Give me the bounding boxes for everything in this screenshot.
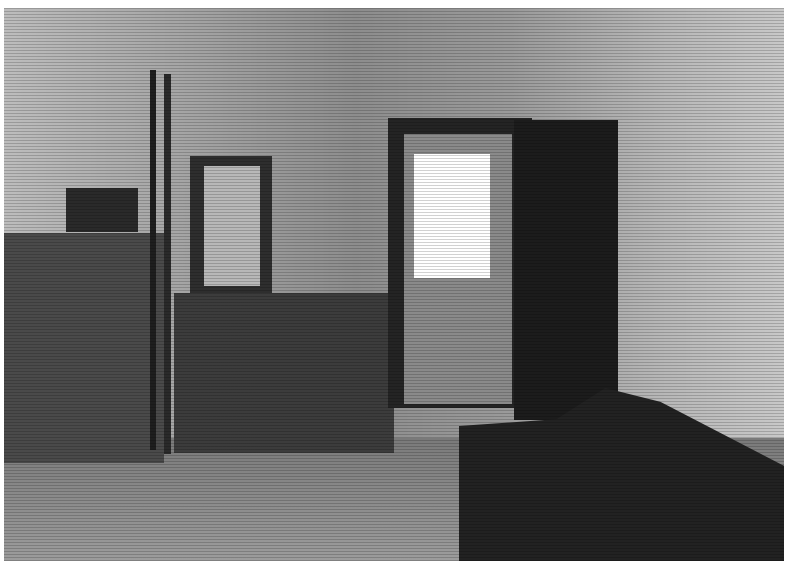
bright-window bbox=[414, 154, 490, 278]
sofa-middle bbox=[174, 293, 394, 453]
room-photo bbox=[4, 8, 784, 561]
open-door bbox=[514, 120, 618, 420]
sofa-right bbox=[459, 388, 784, 561]
left-cabinet bbox=[4, 233, 164, 463]
interior-window bbox=[204, 166, 260, 286]
vertical-pole bbox=[164, 74, 171, 454]
television bbox=[66, 188, 138, 232]
vertical-pole bbox=[150, 70, 156, 450]
